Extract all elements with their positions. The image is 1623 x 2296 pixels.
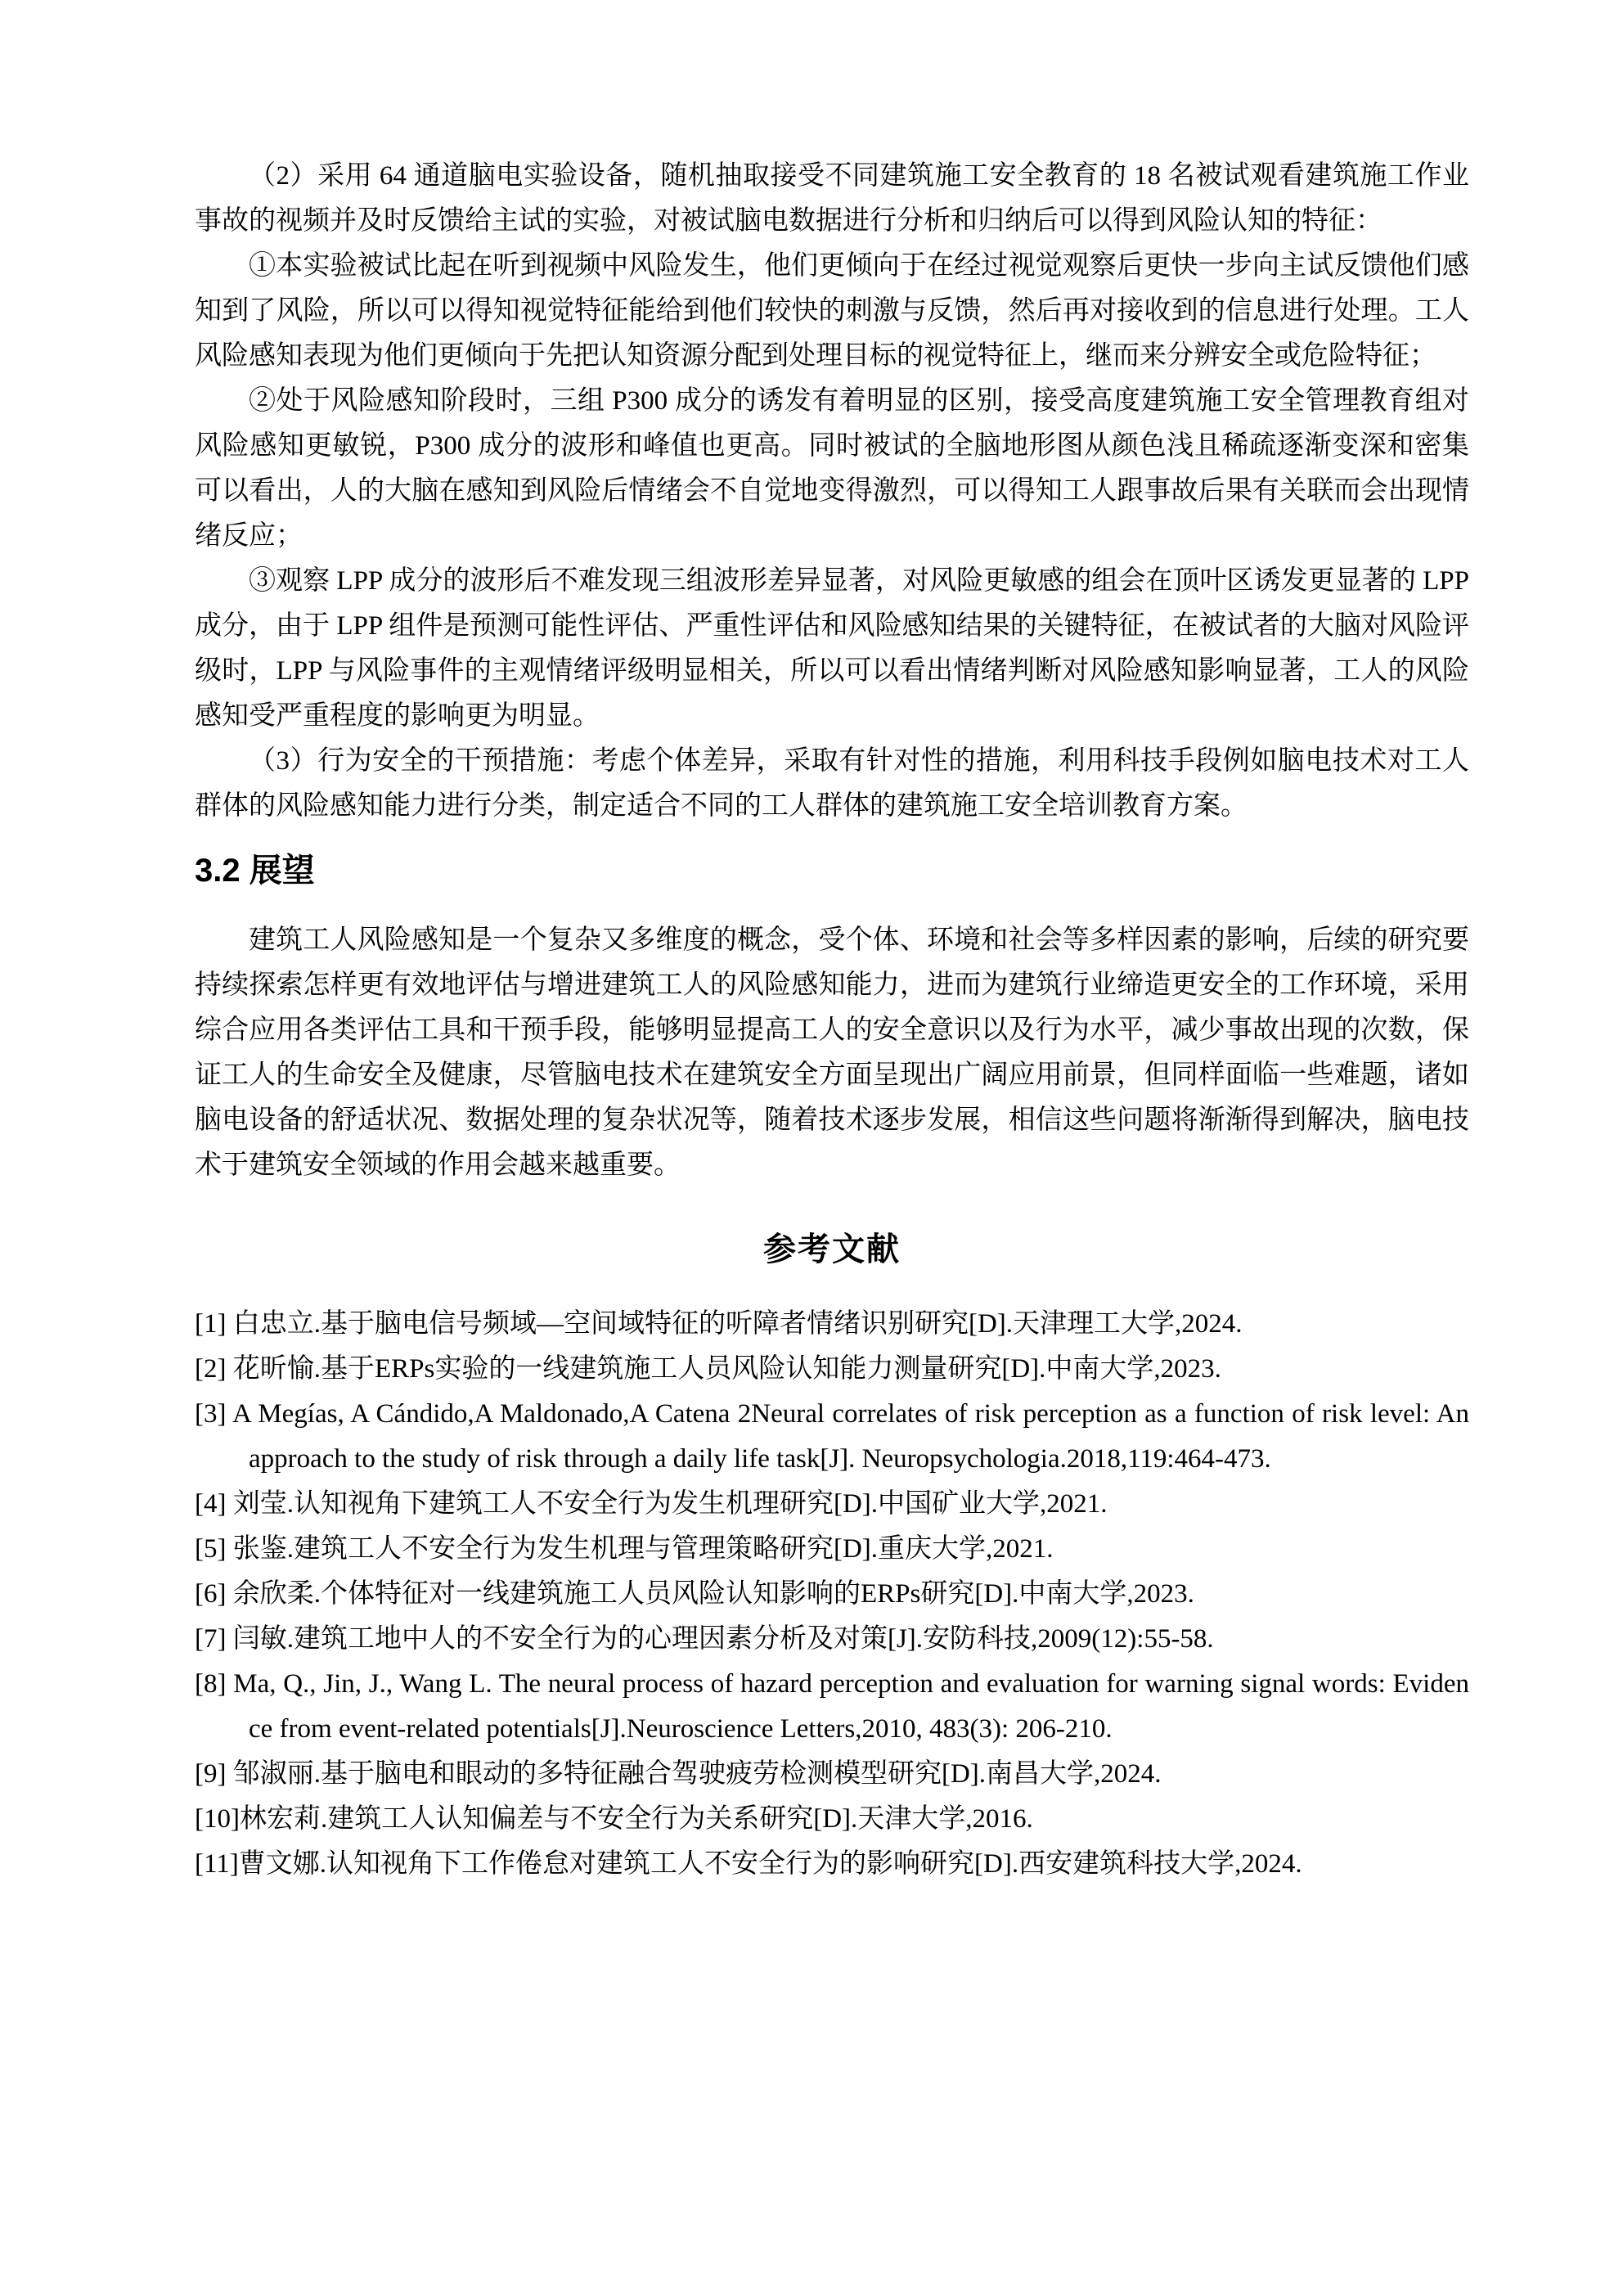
section-heading-outlook: 3.2 展望 (195, 849, 1469, 894)
paragraph-experiment-setup: （2）采用 64 通道脑电实验设备，随机抽取接受不同建筑施工安全教育的 18 名… (195, 154, 1469, 244)
reference-item: [11]曹文娜.认知视角下工作倦怠对建筑工人不安全行为的影响研究[D].西安建筑… (195, 1842, 1469, 1887)
reference-item: [2] 花昕愉.基于ERPs实验的一线建筑施工人员风险认知能力测量研究[D].中… (195, 1347, 1469, 1392)
paragraph-finding-3: ③观察 LPP 成分的波形后不难发现三组波形差异显著，对风险更敏感的组会在顶叶区… (195, 559, 1469, 739)
reference-item: [9] 邹淑丽.基于脑电和眼动的多特征融合驾驶疲劳检测模型研究[D].南昌大学,… (195, 1752, 1469, 1797)
reference-item: [8] Ma, Q., Jin, J., Wang L. The neural … (195, 1662, 1469, 1752)
reference-item: [4] 刘莹.认知视角下建筑工人不安全行为发生机理研究[D].中国矿业大学,20… (195, 1482, 1469, 1527)
paragraph-finding-2: ②处于风险感知阶段时，三组 P300 成分的诱发有着明显的区别，接受高度建筑施工… (195, 379, 1469, 559)
reference-item: [5] 张鉴.建筑工人不安全行为发生机理与管理策略研究[D].重庆大学,2021… (195, 1527, 1469, 1572)
references-heading: 参考文献 (195, 1227, 1469, 1272)
reference-item: [7] 闫敏.建筑工地中人的不安全行为的心理因素分析及对策[J].安防科技,20… (195, 1617, 1469, 1662)
reference-list: [1] 白忠立.基于脑电信号频域—空间域特征的听障者情绪识别研究[D].天津理工… (195, 1302, 1469, 1887)
reference-item: [3] A Megías, A Cándido,A Maldonado,A Ca… (195, 1392, 1469, 1482)
paragraph-outlook: 建筑工人风险感知是一个复杂又多维度的概念，受个体、环境和社会等多样因素的影响，后… (195, 918, 1469, 1188)
paragraph-intervention-measures: （3）行为安全的干预措施：考虑个体差异，采取有针对性的措施，利用科技手段例如脑电… (195, 739, 1469, 829)
reference-item: [10]林宏莉.建筑工人认知偏差与不安全行为关系研究[D].天津大学,2016. (195, 1797, 1469, 1842)
reference-item: [1] 白忠立.基于脑电信号频域—空间域特征的听障者情绪识别研究[D].天津理工… (195, 1302, 1469, 1347)
reference-item: [6] 余欣柔.个体特征对一线建筑施工人员风险认知影响的ERPs研究[D].中南… (195, 1572, 1469, 1617)
document-page: （2）采用 64 通道脑电实验设备，随机抽取接受不同建筑施工安全教育的 18 名… (0, 0, 1623, 2296)
paragraph-finding-1: ①本实验被试比起在听到视频中风险发生，他们更倾向于在经过视觉观察后更快一步向主试… (195, 244, 1469, 379)
